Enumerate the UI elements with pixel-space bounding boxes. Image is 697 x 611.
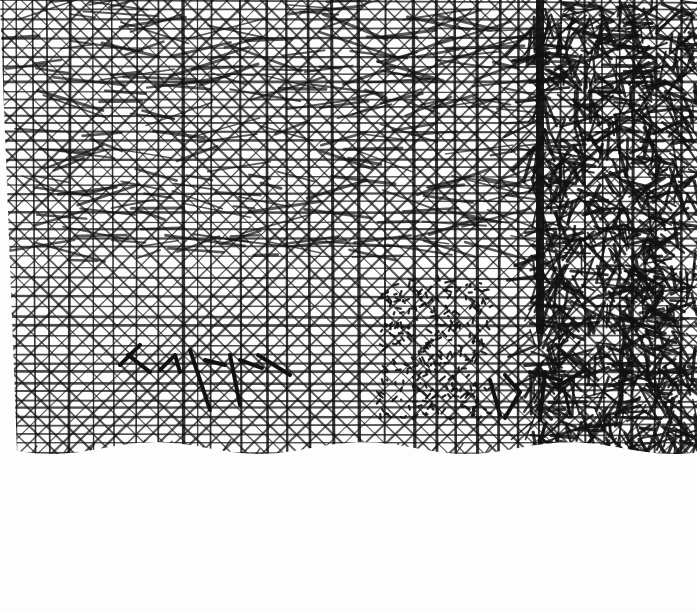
etching-photo: Kopp 1934 [0, 0, 697, 611]
etching-artwork [0, 0, 697, 611]
